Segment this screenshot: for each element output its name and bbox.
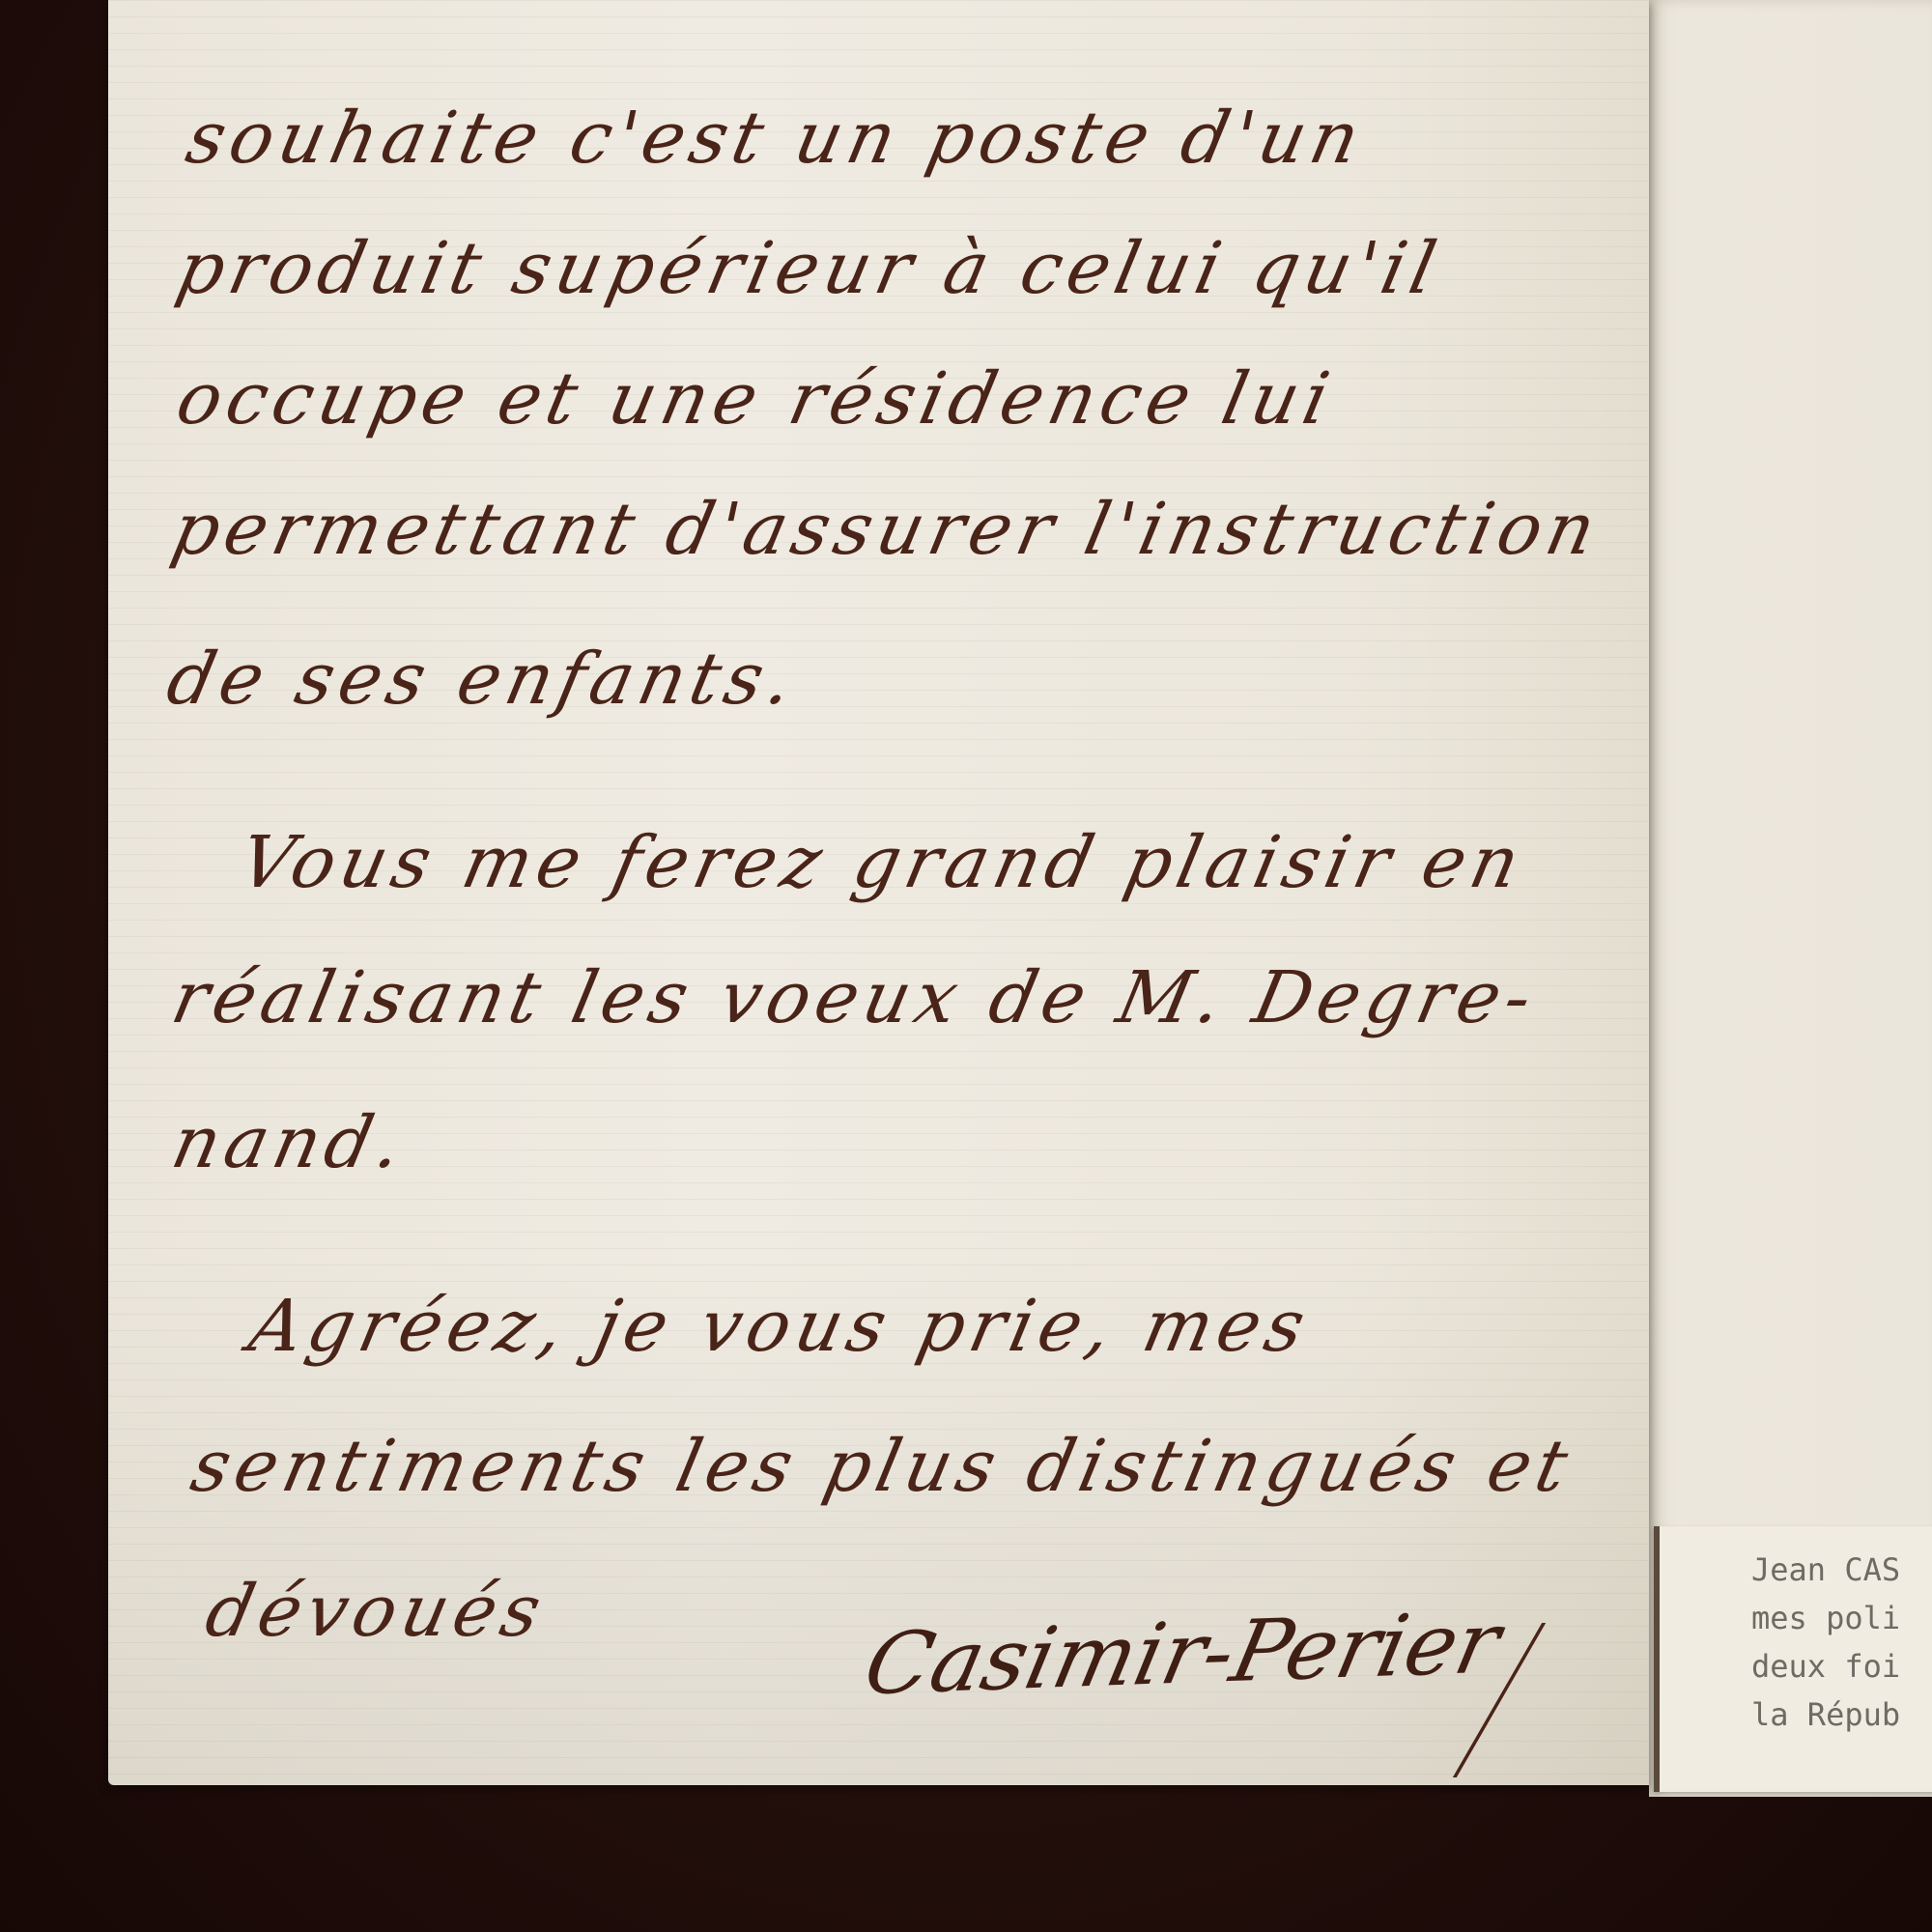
- letter-line-1: souhaite c'est un poste d'un: [180, 97, 1373, 180]
- letter-line-7: réalisant les voeux de M. Degre-: [165, 956, 1545, 1039]
- letter-line-5: de ses enfants.: [160, 638, 806, 721]
- letter-line-8: nand.: [165, 1101, 415, 1184]
- typed-label-line-1: Jean CAS: [1751, 1546, 1900, 1594]
- typed-label-line-3: deux foi: [1751, 1642, 1900, 1690]
- typed-label-card: Jean CASmes polideux foila Répub: [1654, 1526, 1932, 1792]
- letter-line-2: produit supérieur à celui qu'il: [170, 227, 1449, 310]
- letter-line-6: Vous me ferez grand plaisir en: [233, 821, 1532, 904]
- letter-line-11: dévoués: [199, 1570, 554, 1653]
- typed-label-line-2: mes poli: [1751, 1594, 1900, 1642]
- typed-label-text: Jean CASmes polideux foila Répub: [1751, 1546, 1900, 1739]
- letter-line-3: occupe et une résidence lui: [170, 357, 1342, 440]
- typed-label-line-4: la Répub: [1751, 1690, 1900, 1739]
- letter-line-10: sentiments les plus distingués et: [185, 1425, 1580, 1508]
- letter-line-4: permettant d'assurer l'instruction: [165, 488, 1608, 571]
- letter-line-9: Agréez, je vous prie, mes: [242, 1285, 1318, 1368]
